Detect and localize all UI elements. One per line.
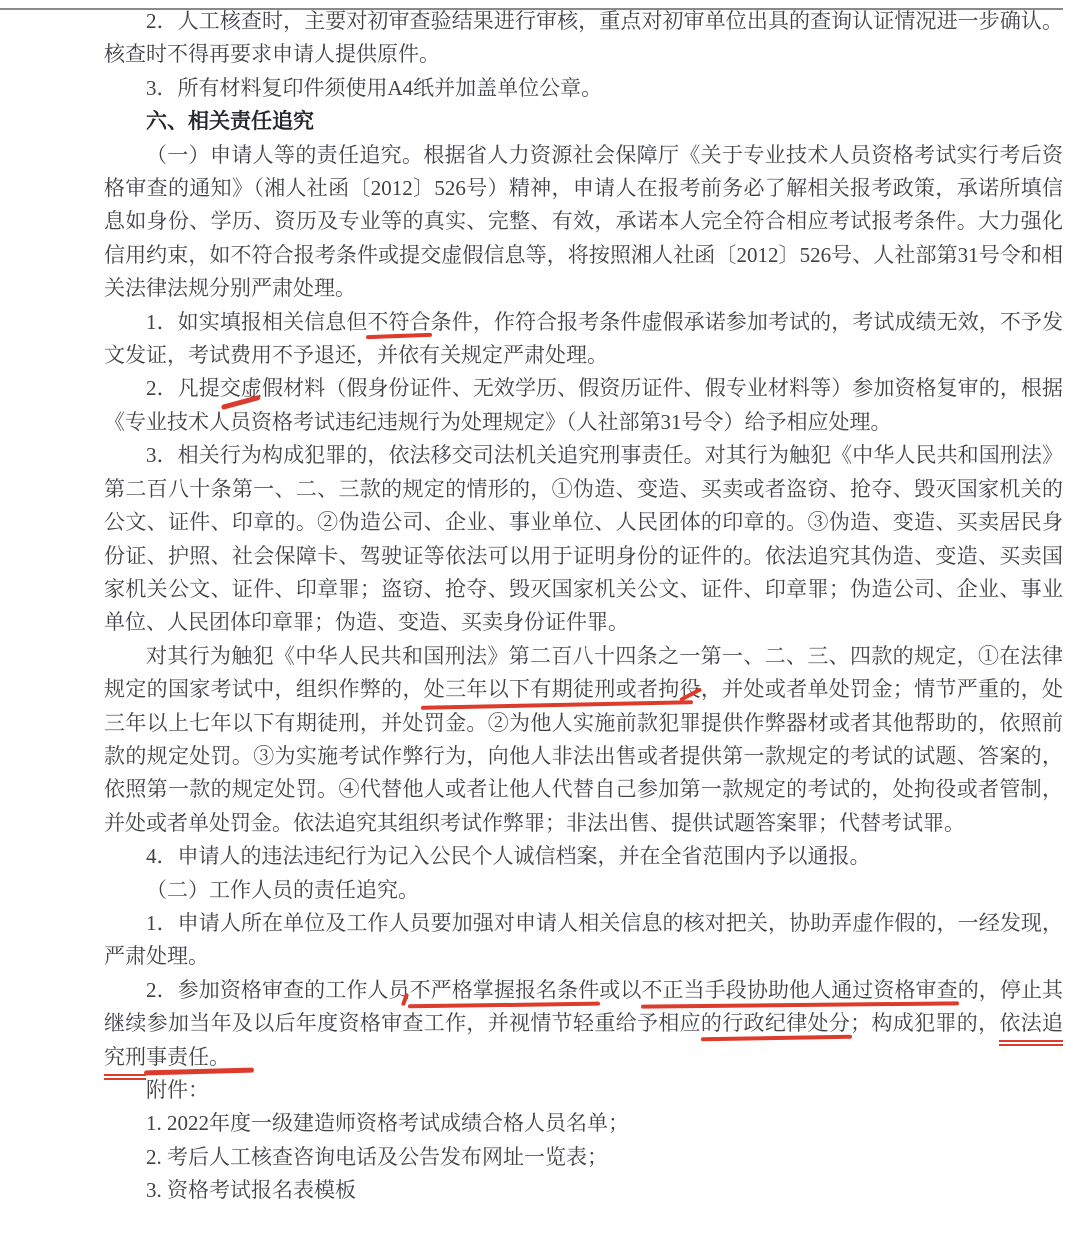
paragraph-staff-item-2: 2．参加资格审查的工作人员不严格掌握报名条件或以不正当手段协助他人通过资格审查的… xyxy=(104,974,1063,1074)
paragraph-criminal-law-284: 对其行为触犯《中华人民共和国刑法》第二百八十四条之一第一、二、三、四款的规定，①… xyxy=(104,640,1063,840)
staff-item2-text-2: 或以 xyxy=(599,978,641,1002)
document-page: 2．人工核查时，主要对初审查验结果进行审核，重点对初审单位出具的查询认证情况进一… xyxy=(0,0,1073,1255)
paragraph-applicant-accountability: （一）申请人等的责任追究。根据省人力资源社会保障厅《关于专业技术人员资格考试实行… xyxy=(104,139,1063,306)
red-underlined-phrase-improper-means: 不正当手段协助他人通过资格审查 xyxy=(641,978,957,1002)
paragraph-staff-accountability-heading: （二）工作人员的责任追究。 xyxy=(104,874,1063,907)
paragraph-staff-item-1: 1．申请人所在单位及工作人员要加强对申请人相关信息的核对把关，协助弄虚作假的，一… xyxy=(104,907,1063,974)
item2-text-pre: 2．凡提 xyxy=(146,376,220,400)
paragraph-copies-a4: 3．所有材料复印件须使用A4纸并加盖单位公章。 xyxy=(104,72,1063,105)
red-underlined-phrase-not-qualified: 不符合 xyxy=(367,310,430,334)
red-underlined-phrase-lax-control: 不严格掌握报名条件 xyxy=(410,978,600,1002)
section-heading-responsibility: 六、相关责任追究 xyxy=(104,105,1063,138)
staff-item2-text-1: 2．参加资格审查的工作人员 xyxy=(146,978,410,1002)
paragraph-manual-check: 2．人工核查时，主要对初审查验结果进行审核，重点对初审单位出具的查询认证情况进一… xyxy=(104,5,1063,72)
attachment-item-1: 1. 2022年度一级建造师资格考试成绩合格人员名单； xyxy=(104,1107,1063,1140)
red-underlined-phrase-criminal-liability-2: 事责任。 xyxy=(146,1045,230,1069)
paragraph-item-4: 4．申请人的违法违纪行为记入公民个人诚信档案，并在全省范围内予以通报。 xyxy=(104,840,1063,873)
red-underlined-phrase-disciplinary-action: 的行政纪律处分 xyxy=(701,1011,850,1035)
red-underlined-phrase-sentence: 处三年以下有期徒刑或者拘役 xyxy=(424,677,701,701)
attachment-item-3: 3. 资格考试报名表模板 xyxy=(104,1174,1063,1207)
attachments-label: 附件： xyxy=(104,1074,1063,1107)
paragraph-item-2: 2．凡提交虚假材料（假身份证件、无效学历、假资历证件、假专业材料等）参加资格复审… xyxy=(104,372,1063,439)
paragraph-item-3-criminal-law-280: 3．相关行为构成犯罪的，依法移交司法机关追究刑事责任。对其行为触犯《中华人民共和… xyxy=(104,439,1063,639)
item1-text-pre: 1．如实填报相关信息但 xyxy=(146,310,367,334)
attachment-item-2: 2. 考后人工核查咨询电话及公告发布网址一览表； xyxy=(104,1141,1063,1174)
staff-item2-text-4: ；构成犯罪的， xyxy=(850,1011,999,1035)
paragraph-item-1: 1．如实填报相关信息但不符合条件，作符合报考条件虚假承诺参加考试的，考试成绩无效… xyxy=(104,306,1063,373)
red-tick-marked-phrase: 交虚 xyxy=(220,376,262,400)
document-body: 2．人工核查时，主要对初审查验结果进行审核，重点对初审单位出具的查询认证情况进一… xyxy=(104,5,1063,1208)
